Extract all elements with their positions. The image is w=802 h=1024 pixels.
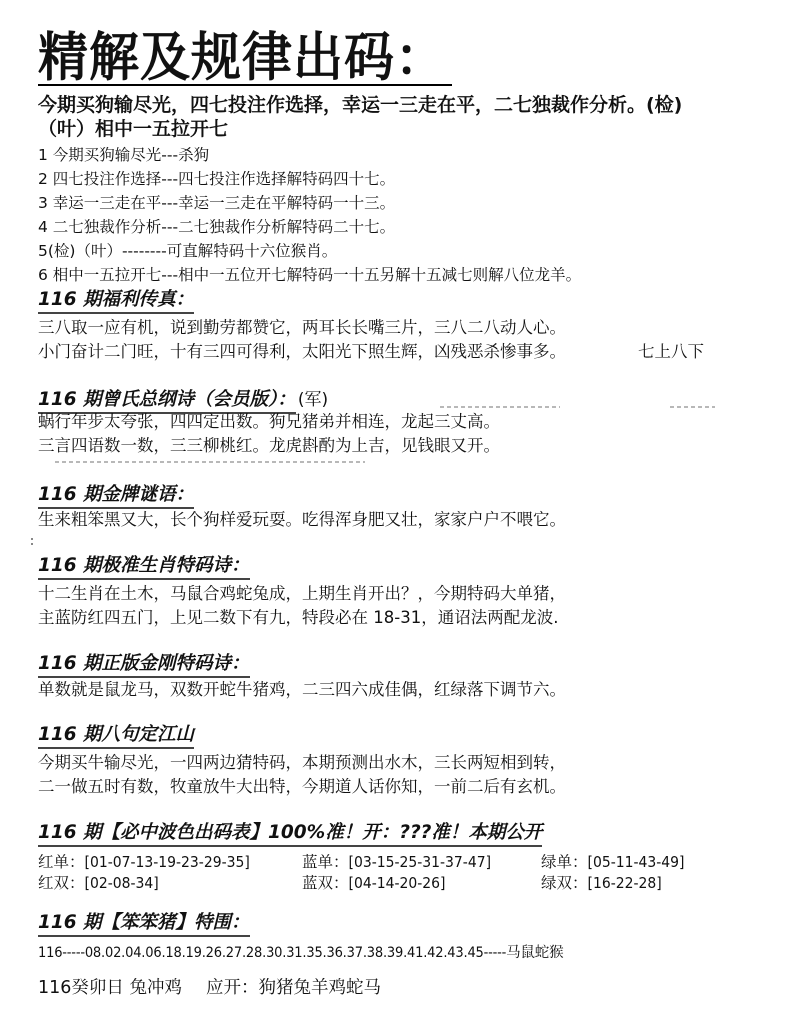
fuli-line-2: 小门奋计二门旺，十有三四可得利，太阳光下照生辉，凶残恶杀惨事多。 [38,340,566,364]
title-underline [38,84,452,86]
bose-cell-blue-even: 蓝双：[04-14-20-26] [302,871,445,893]
bose-label: 蓝单： [302,853,349,871]
list-item: 5(检)（叶）--------可直解特码十六位猴肖。 [38,240,337,262]
section-heading-benzhu: 116 期【笨笨猪】特围： [38,912,250,937]
bose-value: [05-11-43-49] [588,853,685,871]
jizhun-line-2: 主蓝防红四五门，上见二数下有九，特段必在 18-31，通诏法两配龙波. [38,606,558,630]
intro-line-1: 今期买狗输尽光，四七投注作选择，幸运一三走在平，二七独裁作分析。(检) [38,93,682,117]
bajv-line-2: 二一做五时有数，牧童放牛大出特，今期道人话你知，一前二后有玄机。 [38,775,566,799]
section-heading-jinpai: 116 期金牌谜语： [38,484,194,509]
section-heading-bose: 116 期【必中波色出码表】100%准！开：???准！本期公开 [38,822,542,847]
clipped-text-fragment [670,406,715,408]
footer-should-open-label: 应开： [206,978,259,998]
bose-cell-green-odd: 绿单：[05-11-43-49] [541,850,684,872]
section-heading-zengshi-suffix: (军) [298,390,328,410]
footer-line: 116癸卯日 兔冲鸡应开：狗猪兔羊鸡蛇马 [38,976,381,1000]
benzhu-numbers: 116-----08.02.04.06.18.19.26.27.28.30.31… [38,941,563,962]
bose-value: [16-22-28] [588,874,662,892]
bose-label: 红单： [38,853,85,871]
jizhun-line-1: 十二生肖在土木，马鼠合鸡蛇兔成，上期生肖开出？，今期特码大单猪， [38,582,566,606]
bajv-line-1: 今期买牛输尽光，一四两边猜特码，本期预测出水木，三长两短相到转， [38,751,566,775]
jinpai-line-1: 生来粗笨黑又大，长个狗样爱玩耍。吃得浑身肥又壮，家家户户不喂它。 [38,508,566,532]
page-title: 精解及规律出码： [38,27,446,88]
zengshi-line-2: 三言四语数一数，三三柳桃红。龙虎斟酌为上吉，见钱眼又开。 [38,434,500,458]
jingang-line-1: 单数就是鼠龙马，双数开蛇牛猪鸡，二三四六成佳偶，红绿落下调节六。 [38,678,566,702]
intro-line-2: （叶）相中一五拉开七 [38,117,228,141]
section-heading-bajv: 116 期八句定江山 [38,724,194,749]
footer-should-open-value: 狗猪兔羊鸡蛇马 [258,978,381,998]
fuli-aside: 七上八下 [638,340,704,364]
list-item: 4 二七独裁作分析---二七独裁作分析解特码二十七。 [38,216,395,238]
section-heading-jingang: 116 期正版金刚特码诗： [38,653,250,678]
stray-mark [31,538,33,540]
bose-cell-red-odd: 红单：[01-07-13-19-23-29-35] [38,850,250,872]
bose-value: [03-15-25-31-37-47] [349,853,492,871]
section-heading-fuli: 116 期福利传真： [38,289,194,314]
list-item: 1 今期买狗输尽光---杀狗 [38,144,209,166]
bose-label: 蓝双： [302,874,349,892]
footer-day: 116癸卯日 兔冲鸡 [38,978,182,998]
bose-label: 红双： [38,874,85,892]
zengshi-line-1: 蜗行年步太夸张，四四定出数。狗兄猪弟并相连，龙起三丈高。 [38,410,500,434]
list-item: 2 四七投注作选择---四七投注作选择解特码四十七。 [38,168,395,190]
bose-cell-red-even: 红双：[02-08-34] [38,871,159,893]
fuli-line-1: 三八取一应有机，说到勤劳都赞它，两耳长长嘴三片，三八二八动人心。 [38,316,566,340]
list-item: 6 相中一五拉开七---相中一五位开七解特码一十五另解十五减七则解八位龙羊。 [38,264,581,286]
bose-value: [01-07-13-19-23-29-35] [85,853,250,871]
bose-cell-green-even: 绿双：[16-22-28] [541,871,662,893]
clipped-text-fragment [440,406,560,408]
bose-label: 绿单： [541,853,588,871]
bose-label: 绿双： [541,874,588,892]
bose-value: [04-14-20-26] [349,874,446,892]
clipped-text-fragment [55,461,365,463]
stray-mark [31,543,33,545]
bose-cell-blue-odd: 蓝单：[03-15-25-31-37-47] [302,850,491,872]
bose-value: [02-08-34] [85,874,159,892]
section-heading-jizhun: 116 期极准生肖特码诗： [38,555,250,580]
list-item: 3 幸运一三走在平---幸运一三走在平解特码一十三。 [38,192,395,214]
